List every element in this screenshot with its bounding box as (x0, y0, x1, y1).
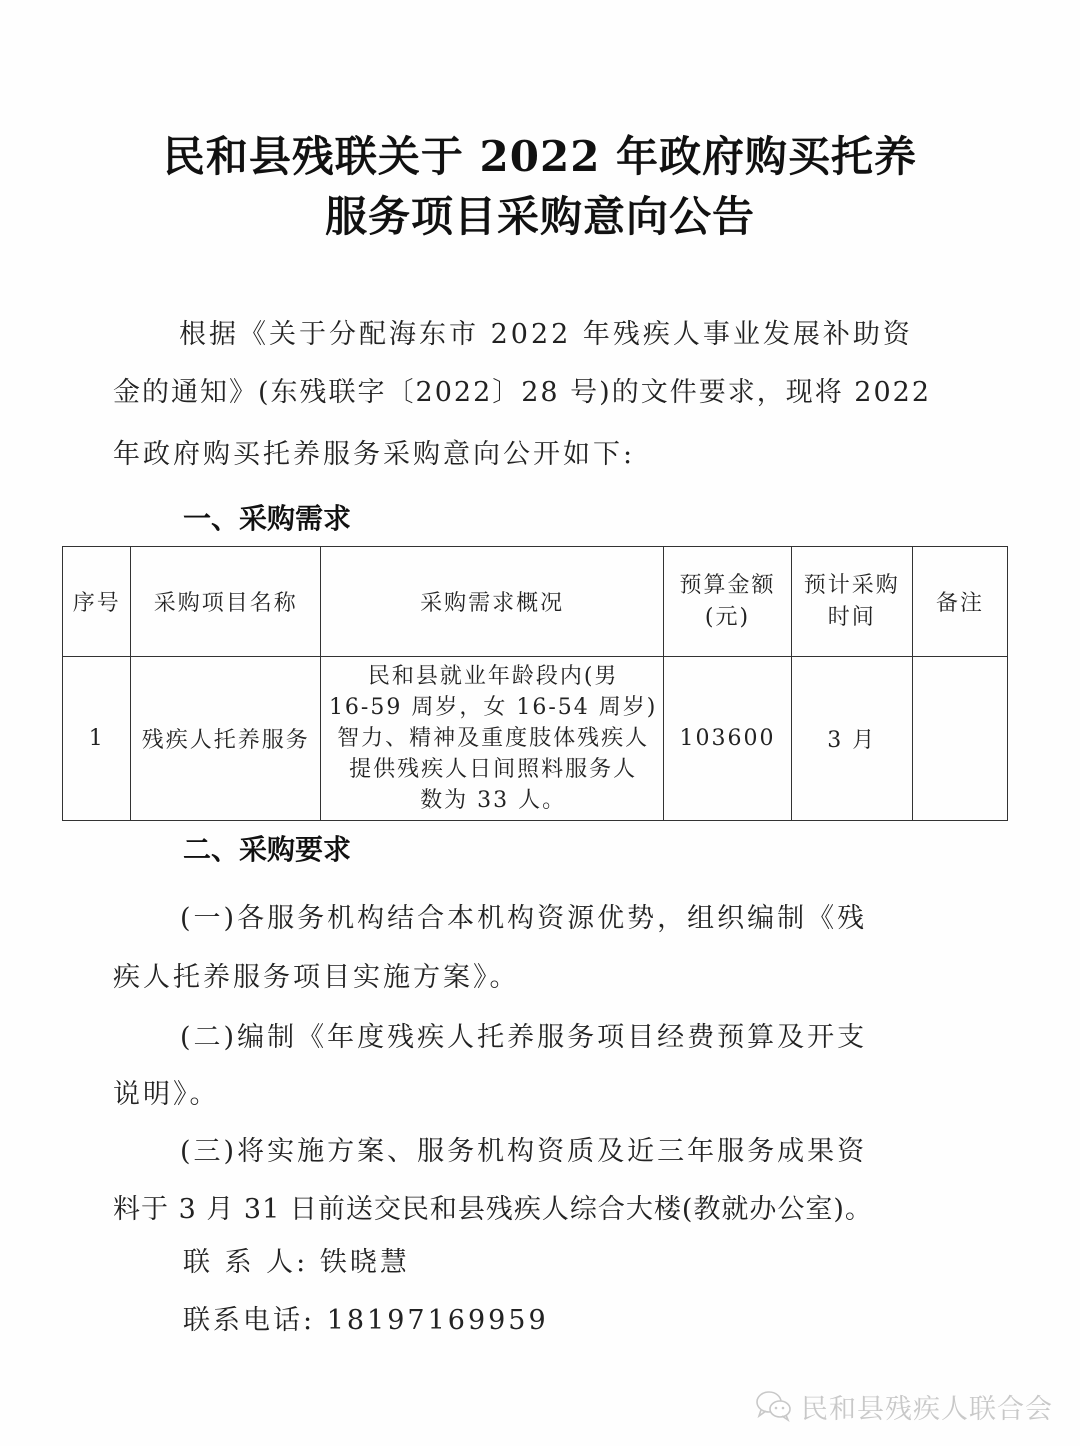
description-line: 民和县就业年龄段内(男 (329, 661, 657, 692)
requirement-3-line-2: 料于 3 月 31 日前送交民和县残疾人综合大楼(教就办公室)。 (113, 1187, 953, 1226)
cell-note (913, 657, 1008, 821)
requirement-2-line-2: 说明》。 (113, 1072, 953, 1111)
cell-seq: 1 (63, 657, 131, 821)
intro-paragraph-line-3: 年政府购买托养服务采购意向公开如下: (113, 432, 953, 471)
wechat-icon (755, 1390, 793, 1422)
section-heading-procurement-needs: 一、采购需求 (183, 497, 351, 537)
contact-person-label: 联 系 人: (183, 1247, 308, 1278)
cell-description: 民和县就业年龄段内(男 16-59 周岁，女 16-54 周岁) 智力、精神及重… (320, 657, 663, 821)
description-line: 智力、精神及重度肢体残疾人 (329, 723, 657, 754)
cell-project-name: 残疾人托养服务 (131, 657, 320, 821)
intro-paragraph-line-1: 根据《关于分配海东市 2022 年残疾人事业发展补助资 (113, 312, 953, 351)
contact-person-value: 铁晓慧 (320, 1247, 410, 1278)
requirement-2-line-1: (二)编制《年度残疾人托养服务项目经费预算及开支 (180, 1015, 1020, 1054)
cell-time: 3 月 (791, 657, 912, 821)
description-line: 数为 33 人。 (329, 785, 657, 816)
header-seq: 序号 (63, 547, 131, 657)
header-description: 采购需求概况 (320, 547, 663, 657)
watermark: 民和县残疾人联合会 (755, 1386, 1053, 1426)
header-time-line-2: 时间 (792, 602, 912, 634)
watermark-text: 民和县残疾人联合会 (801, 1387, 1053, 1426)
requirement-1-line-1: (一)各服务机构结合本机构资源优势，组织编制《残 (180, 896, 1020, 935)
header-time-line-1: 预计采购 (792, 570, 912, 602)
procurement-table: 序号 采购项目名称 采购需求概况 预算金额 (元) 预计采购 时间 备注 1 残… (62, 546, 1008, 821)
document-title-line-2: 服务项目采购意向公告 (0, 184, 1080, 244)
contact-phone-value: 18197169959 (327, 1305, 549, 1336)
header-budget-line-1: 预算金额 (664, 570, 790, 602)
contact-phone: 联系电话: 18197169959 (183, 1298, 1023, 1337)
requirement-3-line-1: (三)将实施方案、服务机构资质及近三年服务成果资 (180, 1129, 1020, 1168)
description-line: 提供残疾人日间照料服务人 (329, 754, 657, 785)
table-header-row: 序号 采购项目名称 采购需求概况 预算金额 (元) 预计采购 时间 备注 (63, 547, 1008, 657)
table-row: 1 残疾人托养服务 民和县就业年龄段内(男 16-59 周岁，女 16-54 周… (63, 657, 1008, 821)
section-heading-procurement-requirements: 二、采购要求 (183, 828, 351, 868)
intro-text-1: 根据《关于分配海东市 2022 年残疾人事业发展补助资 (179, 319, 913, 350)
description-line: 16-59 周岁，女 16-54 周岁) (329, 692, 657, 723)
document-page: 民和县残联关于 2022 年政府购买托养 服务项目采购意向公告 根据《关于分配海… (0, 0, 1080, 1446)
header-note: 备注 (913, 547, 1008, 657)
document-title-line-1: 民和县残联关于 2022 年政府购买托养 (0, 124, 1080, 184)
header-project-name: 采购项目名称 (131, 547, 320, 657)
header-time: 预计采购 时间 (791, 547, 912, 657)
cell-budget: 103600 (664, 657, 791, 821)
contact-phone-label: 联系电话: (183, 1305, 315, 1336)
header-budget: 预算金额 (元) (664, 547, 791, 657)
intro-paragraph-line-2: 金的通知》(东残联字〔2022〕28 号)的文件要求，现将 2022 (113, 370, 953, 409)
requirement-1-line-2: 疾人托养服务项目实施方案》。 (113, 955, 953, 994)
contact-person: 联 系 人: 铁晓慧 (183, 1240, 1023, 1279)
header-budget-line-2: (元) (664, 602, 790, 634)
